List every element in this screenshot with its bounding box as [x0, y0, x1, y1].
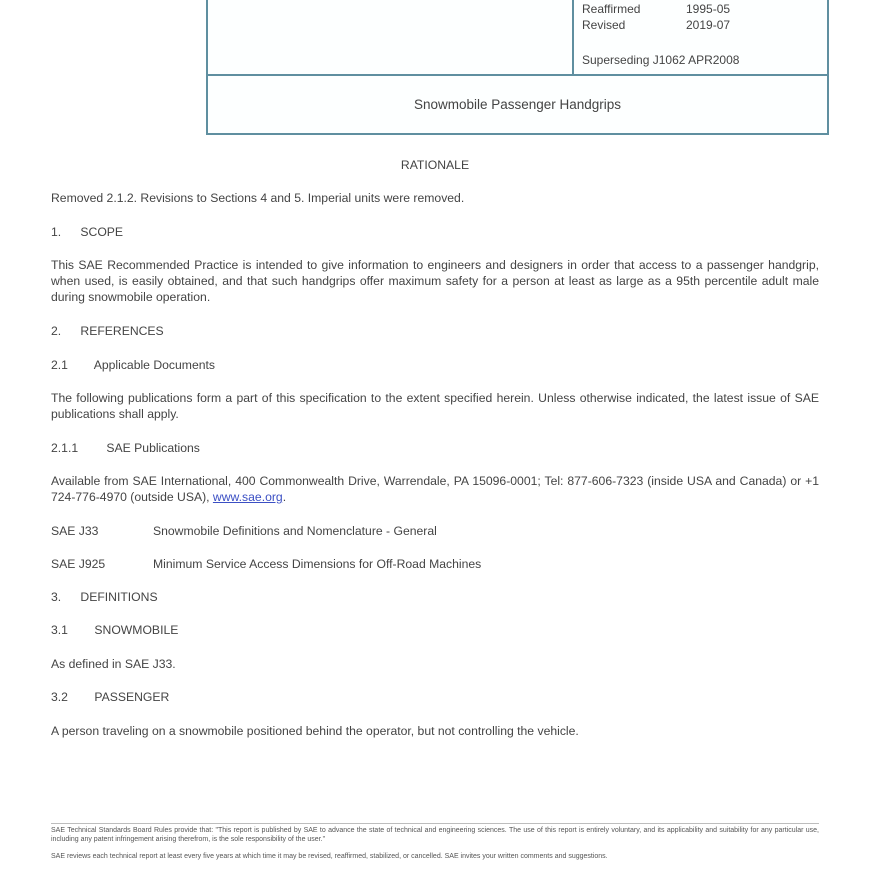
sae-pubs-text-body: Available from SAE International, 400 Co… [51, 474, 819, 504]
section-number: 3. [51, 589, 77, 605]
header-meta-cell: Reaffirmed 1995-05 Revised 2019-07 Super… [574, 0, 827, 74]
reference-item: SAE J925 Minimum Service Access Dimensio… [51, 556, 481, 572]
section-number: 2. [51, 323, 77, 339]
section-title: DEFINITIONS [80, 590, 157, 604]
passenger-definition: A person traveling on a snowmobile posit… [51, 723, 819, 739]
section-references-heading: 2. REFERENCES [51, 323, 164, 339]
header-left-cell [208, 0, 574, 74]
sae-pubs-text: Available from SAE International, 400 Co… [51, 473, 819, 505]
sae-website-link[interactable]: www.sae.org [213, 490, 283, 504]
sae-pubs-text-end: . [283, 490, 286, 504]
superseding-note: Superseding J1062 APR2008 [582, 53, 739, 67]
applicable-text: The following publications form a part o… [51, 390, 819, 422]
meta-label: Reaffirmed [582, 2, 686, 16]
footer-divider [51, 823, 819, 824]
document-header-box: Reaffirmed 1995-05 Revised 2019-07 Super… [206, 0, 829, 135]
footer-disclaimer: SAE Technical Standards Board Rules prov… [51, 827, 819, 844]
document-title: Snowmobile Passenger Handgrips [208, 76, 827, 133]
reference-item: SAE J33 Snowmobile Definitions and Nomen… [51, 523, 437, 539]
section-title: SNOWMOBILE [94, 623, 178, 637]
meta-revised: Revised 2019-07 [582, 18, 730, 32]
scope-text: This SAE Recommended Practice is intende… [51, 257, 819, 305]
section-number: 3.2 [51, 689, 91, 705]
section-number: 1. [51, 224, 77, 240]
header-top-row: Reaffirmed 1995-05 Revised 2019-07 Super… [208, 0, 827, 76]
section-title: REFERENCES [80, 324, 163, 338]
section-passenger-heading: 3.2 PASSENGER [51, 689, 169, 705]
meta-reaffirmed: Reaffirmed 1995-05 [582, 2, 730, 16]
section-title: PASSENGER [94, 690, 169, 704]
section-title: SCOPE [80, 225, 123, 239]
meta-value: 1995-05 [686, 2, 730, 16]
rationale-text: Removed 2.1.2. Revisions to Sections 4 a… [51, 190, 819, 206]
section-number: 2.1 [51, 357, 91, 373]
meta-label: Revised [582, 18, 686, 32]
reference-code: SAE J925 [51, 556, 153, 572]
reference-title: Snowmobile Definitions and Nomenclature … [153, 523, 437, 539]
section-scope-heading: 1. SCOPE [51, 224, 123, 240]
reference-title: Minimum Service Access Dimensions for Of… [153, 556, 481, 572]
section-title: SAE Publications [106, 441, 200, 455]
section-definitions-heading: 3. DEFINITIONS [51, 589, 158, 605]
section-sae-pubs-heading: 2.1.1 SAE Publications [51, 440, 200, 456]
snowmobile-definition: As defined in SAE J33. [51, 656, 819, 672]
section-title: Applicable Documents [94, 358, 215, 372]
rationale-heading: RATIONALE [51, 157, 819, 173]
reference-code: SAE J33 [51, 523, 153, 539]
section-applicable-heading: 2.1 Applicable Documents [51, 357, 215, 373]
section-number: 2.1.1 [51, 440, 103, 456]
section-number: 3.1 [51, 622, 91, 638]
section-snowmobile-heading: 3.1 SNOWMOBILE [51, 622, 178, 638]
meta-value: 2019-07 [686, 18, 730, 32]
footer-review-note: SAE reviews each technical report at lea… [51, 853, 819, 862]
